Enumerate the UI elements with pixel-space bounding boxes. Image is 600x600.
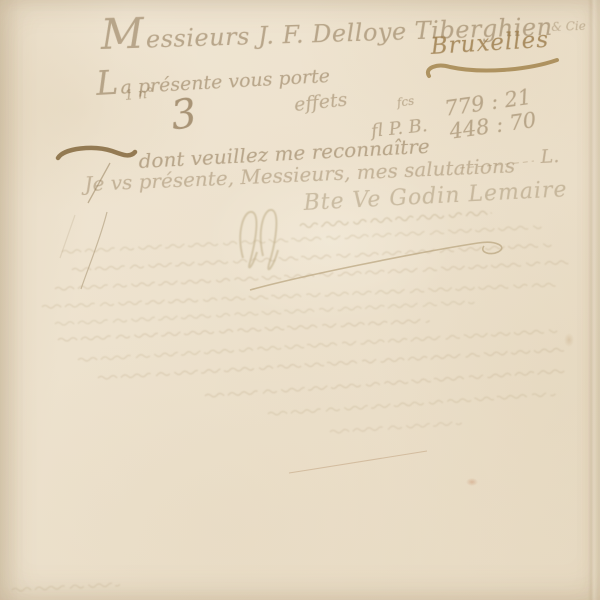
handwriting-line-recipient-suffix: & Cie: [551, 19, 586, 34]
handwriting-line-request-initial: L.: [540, 145, 560, 168]
handwriting-line-amount-1-currency: fcs: [396, 94, 415, 110]
handwriting-layer: Messieurs J. F. Delloye Tiberghien& CieB…: [0, 0, 600, 600]
handwriting-line-item-number: 3: [168, 90, 200, 139]
handwriting-line-item-word: effets: [293, 88, 348, 115]
letter-scan: Messieurs J. F. Delloye Tiberghien& CieB…: [0, 0, 600, 600]
handwriting-line-item-count: 1 n°: [124, 85, 155, 103]
